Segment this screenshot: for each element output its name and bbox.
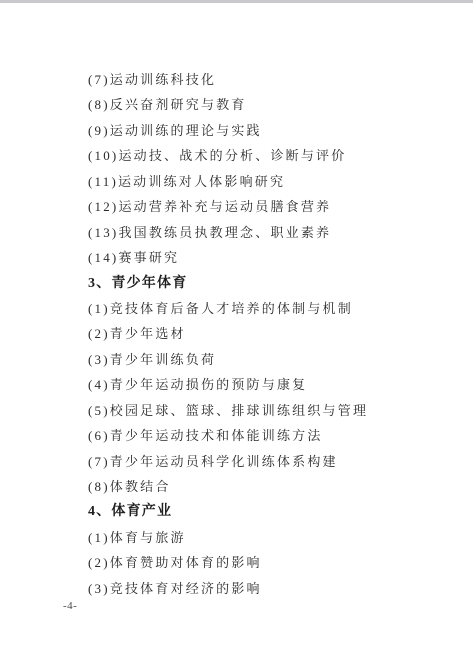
document-page: { "page": { "number": "-4-" }, "colors":…	[0, 0, 473, 661]
list-item: (2)青少年选材	[88, 321, 458, 346]
list-item: (8)反兴奋剂研究与教育	[88, 92, 458, 117]
list-item: (7)运动训练科技化	[88, 67, 458, 92]
list-item: (3)竞技体育对经济的影响	[88, 576, 458, 601]
document-body: (7)运动训练科技化(8)反兴奋剂研究与教育(9)运动训练的理论与实践(10)运…	[88, 67, 458, 601]
list-item: (7)青少年运动员科学化训练体系构建	[88, 449, 458, 474]
list-item: (4)青少年运动损伤的预防与康复	[88, 372, 458, 397]
section-heading: 3、青少年体育	[88, 271, 458, 296]
section-heading: 4、体育产业	[88, 499, 458, 524]
list-item: (9)运动训练的理论与实践	[88, 118, 458, 143]
list-item: (2)体育赞助对体育的影响	[88, 550, 458, 575]
page-number: -4-	[63, 600, 77, 612]
list-item: (5)校园足球、篮球、排球训练组织与管理	[88, 398, 458, 423]
list-item: (13)我国教练员执教理念、职业素养	[88, 220, 458, 245]
list-item: (1)竞技体育后备人才培养的体制与机制	[88, 296, 458, 321]
list-item: (6)青少年运动技术和体能训练方法	[88, 423, 458, 448]
page-top-edge	[0, 0, 473, 3]
list-item: (12)运动营养补充与运动员膳食营养	[88, 194, 458, 219]
list-item: (14)赛事研究	[88, 245, 458, 270]
list-item: (3)青少年训练负荷	[88, 347, 458, 372]
list-item: (11)运动训练对人体影响研究	[88, 169, 458, 194]
list-item: (10)运动技、战术的分析、诊断与评价	[88, 143, 458, 168]
list-item: (1)体育与旅游	[88, 525, 458, 550]
list-item: (8)体教结合	[88, 474, 458, 499]
